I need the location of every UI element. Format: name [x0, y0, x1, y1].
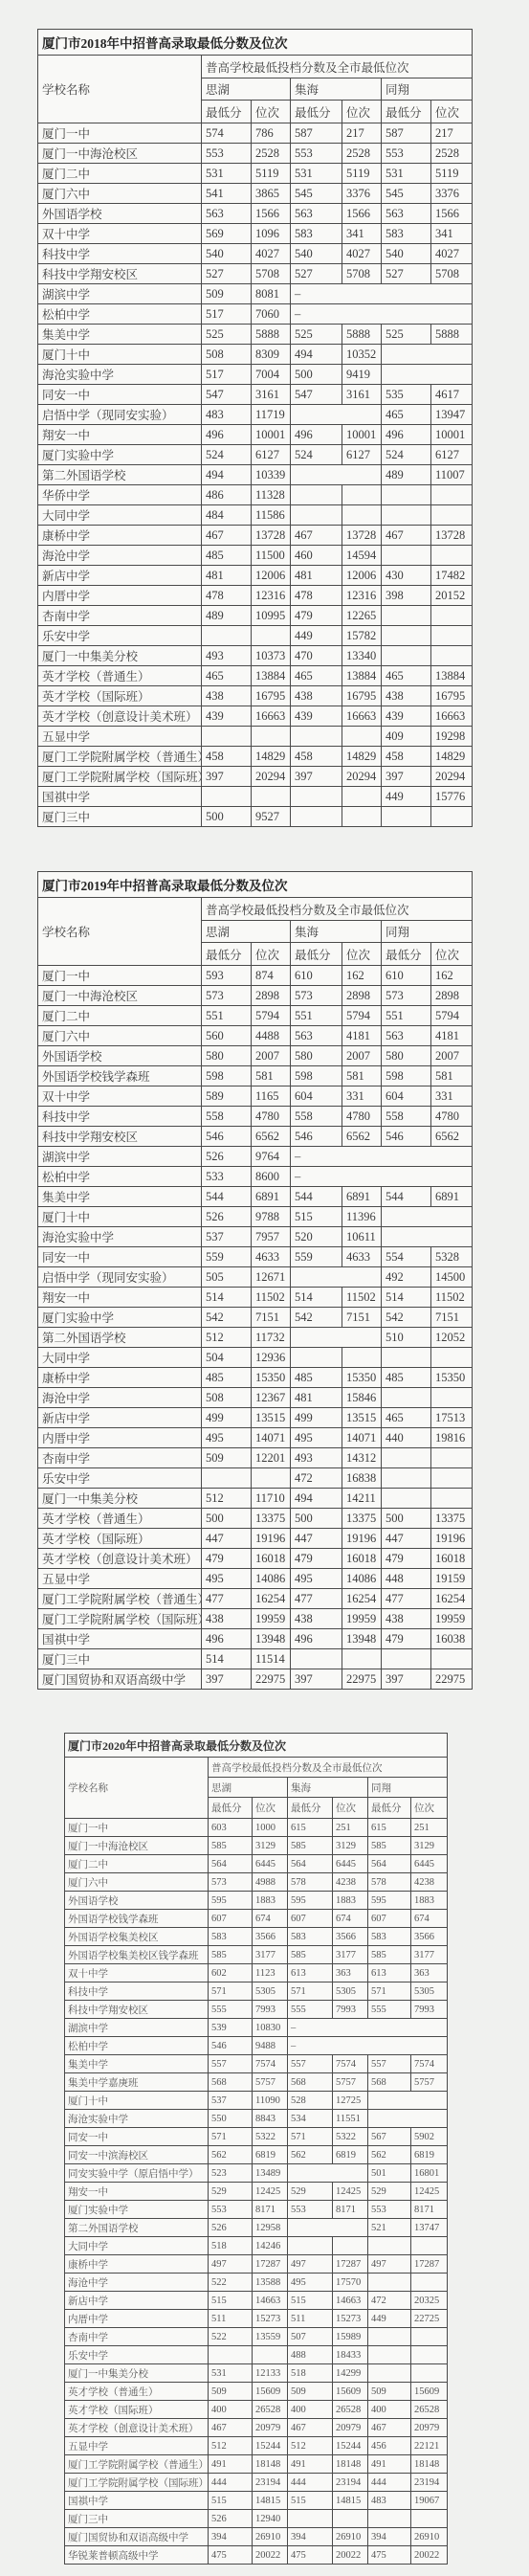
value-cell: 4238 [333, 1873, 368, 1892]
value-cell: 400 [209, 2401, 253, 2419]
value-cell: 447 [382, 1529, 431, 1549]
table-row: 英才学校（国际班）438167954381679543816795 [38, 686, 473, 706]
table-title: 厦门市2019年中招普高录取最低分数及位次 [38, 872, 473, 898]
value-cell: 15273 [333, 2310, 368, 2328]
value-cell [411, 2237, 448, 2255]
value-cell [291, 1649, 342, 1669]
school-name-cell: 五显中学 [65, 2437, 209, 2455]
value-cell: 874 [252, 966, 291, 986]
table-row: 厦门工学院附属学校（国际班）444231944442319444423194 [65, 2474, 448, 2492]
value-cell: 537 [209, 2092, 253, 2110]
table-row: 厦门六中573498857842385784238 [65, 1873, 448, 1892]
value-cell: 5119 [431, 164, 473, 184]
value-cell: 603 [209, 1819, 253, 1837]
value-cell: 4488 [252, 1026, 291, 1046]
school-name-cell: 厦门三中 [38, 1649, 202, 1669]
school-name-cell: 华锐莱普顿高级中学 [65, 2546, 209, 2565]
value-cell [202, 1468, 252, 1489]
value-cell: 18148 [333, 2455, 368, 2474]
value-cell: 477 [291, 1589, 342, 1609]
school-name-cell: 厦门工学院附属学校（国际班） [65, 2474, 209, 2492]
value-cell: 394 [368, 2528, 411, 2546]
value-cell: 510 [382, 1328, 431, 1348]
value-cell: 11514 [252, 1649, 291, 1669]
school-name-cell: 外国语学校集美校区钱学森班 [65, 1946, 209, 1964]
value-cell: 593 [202, 966, 252, 986]
value-cell: 511 [209, 2310, 253, 2328]
value-cell: 18148 [253, 2455, 288, 2474]
value-cell: 5902 [411, 2128, 448, 2146]
value-cell: 559 [291, 1247, 342, 1267]
value-cell: 11502 [431, 1288, 473, 1308]
school-name-cell: 康桥中学 [38, 1368, 202, 1388]
value-cell: 6562 [431, 1127, 473, 1147]
value-cell: 7151 [252, 1308, 291, 1328]
value-cell: 558 [291, 1107, 342, 1127]
value-cell: 497 [368, 2255, 411, 2274]
table-row: 海沧中学5081236748115846 [38, 1388, 473, 1408]
value-cell: 5708 [431, 264, 473, 284]
value-cell [252, 787, 291, 807]
district-tongxiang: 同翔 [368, 1778, 448, 1798]
value-cell: 11090 [253, 2092, 288, 2110]
value-cell: 515 [288, 2292, 333, 2310]
table-row: 第二外国语学校4941033948911007 [38, 465, 473, 485]
value-cell: 12425 [411, 2183, 448, 2201]
value-cell [431, 485, 473, 505]
school-name-cell: 厦门一中集美分校 [65, 2364, 209, 2383]
value-cell: 542 [202, 1308, 252, 1328]
value-cell: 526 [209, 2510, 253, 2528]
school-name-cell: 厦门国贸协和双语高级中学 [38, 1669, 202, 1690]
value-cell: 508 [202, 345, 252, 365]
school-name-cell: 英才学校（国际班） [38, 1529, 202, 1549]
school-name-cell: 厦门二中 [38, 164, 202, 184]
value-cell: 585 [368, 1946, 411, 1964]
value-cell: 17513 [431, 1408, 473, 1428]
school-name-cell: 启悟中学（现同安实验） [38, 1267, 202, 1288]
value-cell: 563 [202, 204, 252, 224]
school-name-cell: 同安一中 [38, 385, 202, 405]
value-cell: 505 [202, 1267, 252, 1288]
value-cell: 589 [202, 1086, 252, 1107]
table-row: 厦门国贸协和双语高级中学394269103942691039426910 [65, 2528, 448, 2546]
value-cell: 11586 [252, 505, 291, 526]
value-cell: 5757 [411, 2073, 448, 2092]
value-cell: 496 [202, 1629, 252, 1649]
value-cell [368, 2274, 411, 2292]
school-name-cell: 厦门二中 [65, 1855, 209, 1873]
school-name-cell: 国祺中学 [65, 2492, 209, 2510]
value-cell: 363 [411, 1964, 448, 1982]
value-cell: 581 [252, 1066, 291, 1086]
col-min-score: 最低分 [382, 943, 431, 966]
school-name-cell: 乐安中学 [38, 626, 202, 646]
table-row: 康桥中学467137284671372846713728 [38, 526, 473, 546]
table-row: 厦门国贸协和双语高级中学397229753972297539722975 [38, 1669, 473, 1690]
district-sihu: 思湖 [209, 1778, 288, 1798]
value-cell [382, 345, 473, 365]
value-cell: 564 [288, 1855, 333, 1873]
value-cell: 5708 [342, 264, 382, 284]
value-cell: 491 [288, 2455, 333, 2474]
school-name-cell: 五显中学 [38, 727, 202, 747]
value-cell: 529 [209, 2183, 253, 2201]
school-name-cell: 翔安一中 [38, 425, 202, 445]
value-cell: 1883 [253, 1892, 288, 1910]
school-name-cell: 厦门工学院附属学校（普通生） [38, 747, 202, 767]
value-cell: 15609 [411, 2383, 448, 2401]
table-row: 杏南中学5221355950715989 [65, 2328, 448, 2346]
table-row: 厦门二中531511953151195315119 [38, 164, 473, 184]
value-cell: 488 [288, 2346, 333, 2364]
value-cell: 10995 [252, 606, 291, 626]
value-cell: 11502 [252, 1288, 291, 1308]
value-cell: 547 [291, 385, 342, 405]
school-name-cell: 英才学校（普通生） [65, 2383, 209, 2401]
value-cell [342, 485, 382, 505]
value-cell: 500 [291, 365, 342, 385]
value-cell: 26910 [253, 2528, 288, 2546]
value-cell: 595 [368, 1892, 411, 1910]
school-name-cell: 第二外国语学校 [65, 2219, 209, 2237]
value-cell: 5794 [252, 1006, 291, 1026]
value-cell: 546 [382, 1127, 431, 1147]
school-name-cell: 双十中学 [38, 1086, 202, 1107]
value-cell: 557 [288, 2055, 333, 2073]
school-name-cell: 外国语学校钱学森班 [65, 1910, 209, 1928]
value-cell: 397 [382, 1669, 431, 1690]
table-row: 厦门一中海沧校区553252855325285532528 [38, 144, 473, 164]
value-cell: 162 [342, 966, 382, 986]
value-cell: 13884 [252, 666, 291, 686]
value-cell: 475 [368, 2546, 411, 2565]
value-cell: 341 [431, 224, 473, 244]
value-cell [431, 546, 473, 566]
table-row: 科技中学翔安校区527570852757085275708 [38, 264, 473, 284]
table-row: 国祺中学515148155151481548319067 [65, 2492, 448, 2510]
value-cell: 7993 [333, 2001, 368, 2019]
table-row: 同安一中571532257153225675902 [65, 2128, 448, 2146]
value-cell: 14246 [253, 2237, 288, 2255]
value-cell: – [291, 1147, 473, 1167]
value-cell: 14071 [252, 1428, 291, 1448]
value-cell [291, 1328, 382, 1348]
value-cell: 499 [291, 1408, 342, 1428]
school-name-cell: 海沧中学 [65, 2274, 209, 2292]
value-cell: 546 [291, 1127, 342, 1147]
value-cell: 598 [382, 1066, 431, 1086]
school-name-cell: 乐安中学 [65, 2346, 209, 2364]
value-cell: 444 [368, 2474, 411, 2492]
value-cell: 20325 [411, 2292, 448, 2310]
value-cell: 3161 [342, 385, 382, 405]
value-cell: 509 [202, 1448, 252, 1468]
value-cell: 517 [202, 304, 252, 325]
school-name-cell: 厦门工学院附属学校（国际班） [38, 767, 202, 787]
value-cell: 585 [209, 1946, 253, 1964]
value-cell: 470 [291, 646, 342, 666]
value-cell: 7004 [252, 365, 291, 385]
value-cell: 537 [202, 1227, 252, 1247]
value-cell: 563 [382, 1026, 431, 1046]
value-cell: 475 [209, 2546, 253, 2565]
value-cell: 17570 [333, 2274, 368, 2292]
value-cell: 571 [368, 1982, 411, 2001]
value-cell: 456 [368, 2437, 411, 2455]
value-cell: 447 [291, 1529, 342, 1549]
value-cell: 6445 [411, 1855, 448, 1873]
value-cell: 493 [202, 646, 252, 666]
value-cell: 19816 [431, 1428, 473, 1448]
value-cell: 533 [202, 1167, 252, 1187]
value-cell: 19067 [411, 2492, 448, 2510]
value-cell: 477 [202, 1589, 252, 1609]
value-cell: 5119 [342, 164, 382, 184]
value-cell: 5305 [411, 1982, 448, 2001]
value-cell [382, 1489, 431, 1509]
value-cell: 438 [291, 1609, 342, 1629]
table-row: 外国语学校钱学森班598581598581598581 [38, 1066, 473, 1086]
school-name-cell: 外国语学校钱学森班 [38, 1066, 202, 1086]
value-cell: 22975 [252, 1669, 291, 1690]
value-cell: 14829 [431, 747, 473, 767]
value-cell: 486 [202, 485, 252, 505]
value-cell: 3177 [253, 1946, 288, 1964]
table-row: 外国语学校集美校区钱学森班585317758531775853177 [65, 1946, 448, 1964]
value-cell: 518 [209, 2237, 253, 2255]
value-cell: 465 [382, 405, 431, 425]
value-cell: 509 [202, 284, 252, 304]
value-cell: 485 [202, 1368, 252, 1388]
value-cell: 11551 [333, 2110, 368, 2128]
value-cell: 526 [209, 2219, 253, 2237]
school-name-cell: 外国语学校 [38, 204, 202, 224]
value-cell: 16018 [252, 1549, 291, 1569]
value-cell: 14211 [342, 1489, 382, 1509]
value-cell: 540 [382, 244, 431, 264]
table-row: 国祺中学496139484961394847916038 [38, 1629, 473, 1649]
value-cell: 6891 [342, 1187, 382, 1207]
table-row: 厦门十中526978851511396 [38, 1207, 473, 1227]
value-cell: 16254 [342, 1589, 382, 1609]
value-cell: 481 [291, 566, 342, 586]
value-cell: 20294 [342, 767, 382, 787]
value-cell: 6127 [431, 445, 473, 465]
value-cell: 13948 [252, 1629, 291, 1649]
value-cell: 5757 [333, 2073, 368, 2092]
value-cell: 547 [202, 385, 252, 405]
value-cell: 13489 [253, 2164, 288, 2183]
value-cell [382, 1348, 431, 1368]
value-cell: 509 [288, 2383, 333, 2401]
table-row: 湖滨中学5269764– [38, 1147, 473, 1167]
value-cell: 553 [288, 2201, 333, 2219]
value-cell: 2528 [342, 144, 382, 164]
table-2019: 厦门市2019年中招普高录取最低分数及位次 学校名称 普高学校最低投档分数及全市… [37, 871, 473, 1690]
table-row: 科技中学558478055847805584780 [38, 1107, 473, 1127]
value-cell: 1165 [252, 1086, 291, 1107]
value-cell: 525 [291, 325, 342, 345]
value-cell: 583 [291, 224, 342, 244]
value-cell [291, 465, 382, 485]
value-cell: 492 [382, 1267, 431, 1288]
value-cell: 448 [382, 1569, 431, 1589]
value-cell: 394 [288, 2528, 333, 2546]
table-row: 厦门实验中学542715154271515427151 [38, 1308, 473, 1328]
value-cell: 595 [288, 1892, 333, 1910]
value-cell: 8309 [252, 345, 291, 365]
table-row: 厦门实验中学553817155381715538171 [65, 2201, 448, 2219]
value-cell: 497 [209, 2255, 253, 2274]
col-min-score: 最低分 [291, 943, 342, 966]
value-cell: 7151 [431, 1308, 473, 1328]
value-cell: 12425 [253, 2183, 288, 2201]
value-cell: 14815 [333, 2492, 368, 2510]
value-cell: 439 [382, 706, 431, 727]
value-cell: 496 [291, 425, 342, 445]
value-cell: 2528 [431, 144, 473, 164]
table-row: 松柏中学5469488– [65, 2037, 448, 2055]
value-cell: 3129 [253, 1837, 288, 1855]
value-cell: 13375 [342, 1509, 382, 1529]
value-cell: 607 [288, 1910, 333, 1928]
value-cell [368, 2092, 448, 2110]
table-row: 外国语学校563156656315665631566 [38, 204, 473, 224]
value-cell: 587 [382, 123, 431, 144]
school-name-cell: 集美中学 [38, 1187, 202, 1207]
value-cell: 562 [368, 2146, 411, 2164]
value-cell: 558 [382, 1107, 431, 1127]
table-row: 翔安一中496100014961000149610001 [38, 425, 473, 445]
value-cell: 6127 [342, 445, 382, 465]
value-cell: 489 [202, 606, 252, 626]
value-cell: 559 [202, 1247, 252, 1267]
value-cell: 7574 [411, 2055, 448, 2073]
table-row: 厦门二中551579455157945515794 [38, 1006, 473, 1026]
value-cell: 12006 [252, 566, 291, 586]
value-cell [431, 505, 473, 526]
table-row: 新店中学481120064811200643017482 [38, 566, 473, 586]
table-row: 启悟中学（现同安实验）4831171946513947 [38, 405, 473, 425]
value-cell: 397 [291, 767, 342, 787]
value-cell: 10611 [342, 1227, 382, 1247]
value-cell: 1123 [253, 1964, 288, 1982]
value-cell: 438 [291, 686, 342, 706]
value-cell: 10001 [431, 425, 473, 445]
bottom-margin [0, 2565, 529, 2576]
value-cell: 553 [291, 144, 342, 164]
value-cell: 479 [202, 1549, 252, 1569]
value-cell: 604 [382, 1086, 431, 1107]
school-name-cell: 英才学校（国际班） [65, 2401, 209, 2419]
value-cell: 481 [291, 1388, 342, 1408]
table-2020: 厦门市2020年中招普高录取最低分数及位次 学校名称 普高学校最低投档分数及全市… [64, 1733, 448, 2565]
school-name-cell: 外国语学校集美校区 [65, 1928, 209, 1946]
value-cell [431, 606, 473, 626]
table-row: 华锐莱普顿高级中学475200224752002247520022 [65, 2546, 448, 2565]
value-cell: 10830 [253, 2019, 288, 2037]
value-cell [288, 2237, 333, 2255]
school-name-cell: 厦门一中 [65, 1819, 209, 1837]
value-cell: 5322 [333, 2128, 368, 2146]
value-cell: 475 [288, 2546, 333, 2565]
value-cell: 13340 [342, 646, 382, 666]
value-cell [431, 1468, 473, 1489]
school-name-cell: 新店中学 [38, 1408, 202, 1428]
value-cell: 534 [288, 2110, 333, 2128]
school-name-cell: 英才学校（创意设计美术班） [38, 1549, 202, 1569]
value-cell: 499 [202, 1408, 252, 1428]
school-name-cell: 第二外国语学校 [38, 465, 202, 485]
table-row: 同安一中559463355946335545328 [38, 1247, 473, 1267]
table-row: 外国语学校钱学森班607674607674607674 [65, 1910, 448, 1928]
value-cell: 19959 [431, 1609, 473, 1629]
table-title: 厦门市2020年中招普高录取最低分数及位次 [65, 1734, 448, 1758]
value-cell: 7957 [252, 1227, 291, 1247]
value-cell: 563 [291, 204, 342, 224]
value-cell: 674 [411, 1910, 448, 1928]
school-name-cell: 英才学校（普通生） [38, 1509, 202, 1529]
value-cell: 14815 [253, 2492, 288, 2510]
value-cell: 585 [209, 1837, 253, 1855]
value-cell: 2898 [431, 986, 473, 1006]
value-cell: 5794 [342, 1006, 382, 1026]
table-row: 湖滨中学53910830– [65, 2019, 448, 2037]
table-row: 英才学校（创意设计美术班）439166634391666343916663 [38, 706, 473, 727]
table-row: 厦门一中海沧校区573289857328985732898 [38, 986, 473, 1006]
value-cell [333, 2510, 368, 2528]
value-cell: 22121 [411, 2437, 448, 2455]
value-cell: 485 [291, 1368, 342, 1388]
value-cell [253, 2346, 288, 2364]
value-cell: 511 [288, 2310, 333, 2328]
table-row: 厦门三中52612940 [65, 2510, 448, 2528]
value-cell: 5322 [253, 2128, 288, 2146]
value-cell: 12316 [342, 586, 382, 606]
value-cell: 12671 [252, 1267, 291, 1288]
school-name-cell: 科技中学翔安校区 [38, 264, 202, 284]
value-cell [291, 1267, 382, 1288]
col-group-header: 普高学校最低投档分数及全市最低位次 [209, 1758, 448, 1778]
school-name-cell: 厦门工学院附属学校（国际班） [38, 1609, 202, 1629]
value-cell: 3161 [252, 385, 291, 405]
value-cell: 500 [382, 1509, 431, 1529]
school-name-cell: 同安一中 [65, 2128, 209, 2146]
col-min-score: 最低分 [209, 1798, 253, 1819]
value-cell: 12316 [252, 586, 291, 606]
school-name-cell: 英才学校（创意设计美术班） [38, 706, 202, 727]
value-cell: 531 [202, 164, 252, 184]
value-cell: 583 [288, 1928, 333, 1946]
table-row: 英才学校（创意设计美术班）479160184791601847916018 [38, 1549, 473, 1569]
school-name-cell: 科技中学 [65, 1982, 209, 2001]
value-cell: 11502 [342, 1288, 382, 1308]
school-name-cell: 大同中学 [65, 2237, 209, 2255]
value-cell: 551 [382, 1006, 431, 1026]
value-cell: 17287 [253, 2255, 288, 2274]
value-cell: 11396 [342, 1207, 382, 1227]
value-cell: 398 [382, 586, 431, 606]
value-cell [209, 2346, 253, 2364]
value-cell [382, 505, 431, 526]
value-cell: 580 [291, 1046, 342, 1066]
value-cell: 479 [291, 1549, 342, 1569]
school-name-cell: 翔安一中 [38, 1288, 202, 1308]
value-cell: 19196 [431, 1529, 473, 1549]
value-cell: 13728 [342, 526, 382, 546]
value-cell: 568 [209, 2073, 253, 2092]
